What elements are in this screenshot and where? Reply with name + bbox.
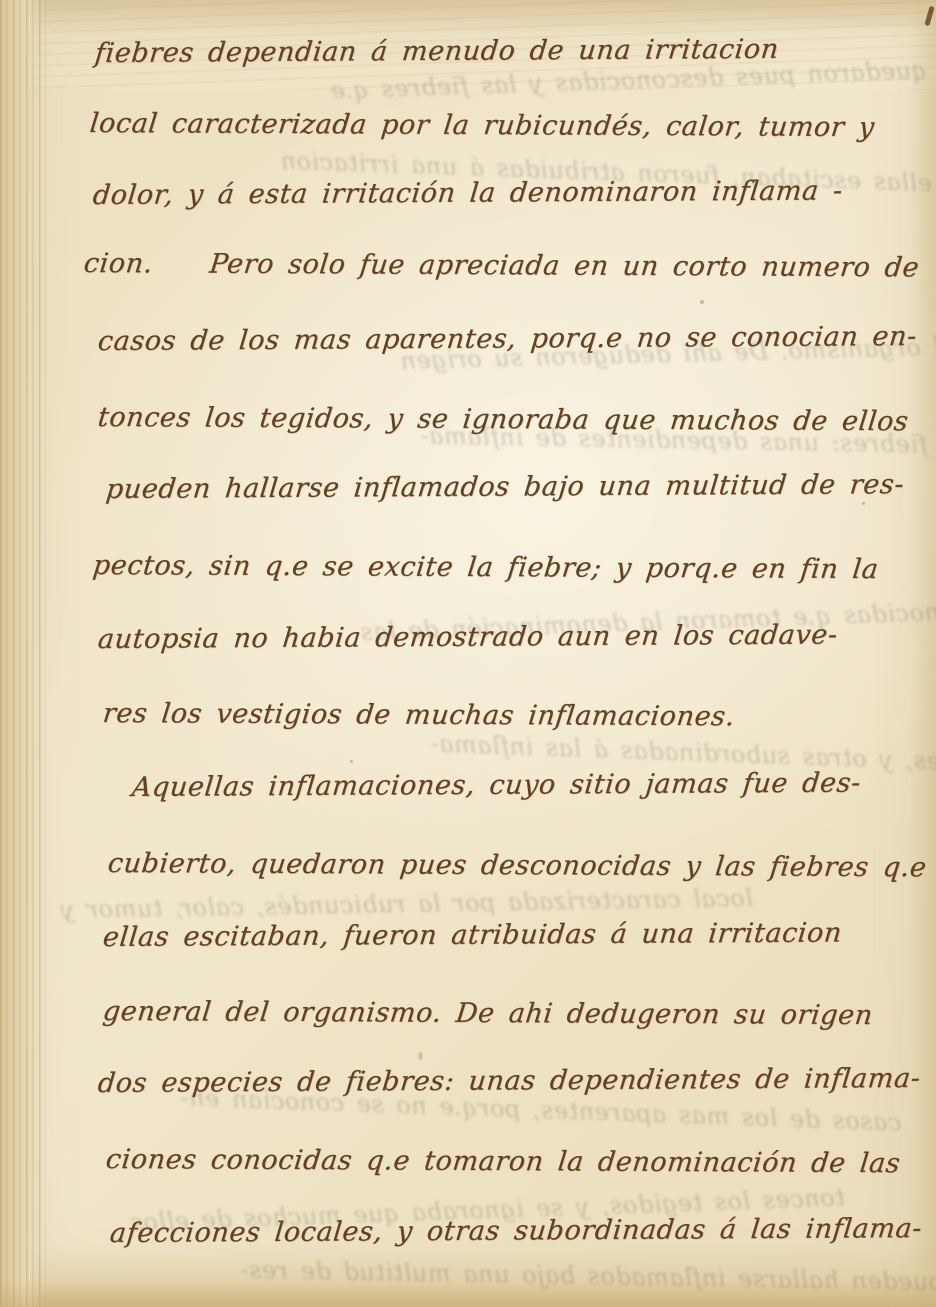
paper-speck <box>418 1052 423 1060</box>
manuscript-line: general del organismo. De ahi dedugeron … <box>101 996 874 1031</box>
manuscript-line: ellas escitaban, fueron atribuidas á una… <box>101 917 843 953</box>
manuscript-line: casos de los mas aparentes, porq.e no se… <box>96 321 918 357</box>
manuscript-line: pectos, sin q.e se excite la fiebre; y p… <box>91 550 880 585</box>
manuscript-line: autopsia no habia demostrado aun en los … <box>96 619 839 655</box>
manuscript-line: cion. Pero solo fue apreciada en un cort… <box>82 248 921 283</box>
manuscript-line: tonces los tegidos, y se ignoraba que mu… <box>96 402 910 437</box>
manuscript-line: dos especies de fiebres: unas dependient… <box>96 1063 922 1099</box>
paper-speck <box>862 502 865 505</box>
manuscript-line: fiebres dependian á menudo de una irrita… <box>93 34 780 69</box>
paper-speck <box>350 760 353 763</box>
paper-speck <box>700 300 704 304</box>
manuscript-page: cubierto, quedaron pues desconocidas y l… <box>0 0 936 1307</box>
manuscript-line: Aquellas inflamaciones, cuyo sitio jamas… <box>130 768 862 803</box>
manuscript-line: afecciones locales, y otras subordinadas… <box>108 1213 923 1249</box>
manuscript-line: pueden hallarse inflamados bajo una mult… <box>104 469 905 505</box>
page-bottom-edge <box>0 1281 936 1307</box>
manuscript-line: local caracterizada por la rubicundés, c… <box>88 108 876 143</box>
manuscript-line: res los vestigios de muchas inflamacione… <box>101 698 736 732</box>
manuscript-line: ciones conocidas q.e tomaron la denomina… <box>104 1144 902 1179</box>
manuscript-line: cubierto, quedaron pues desconocidas y l… <box>106 848 928 883</box>
book-binding-edge <box>0 0 46 1307</box>
manuscript-line: dolor, y á esta irritación la denominaro… <box>91 175 844 211</box>
